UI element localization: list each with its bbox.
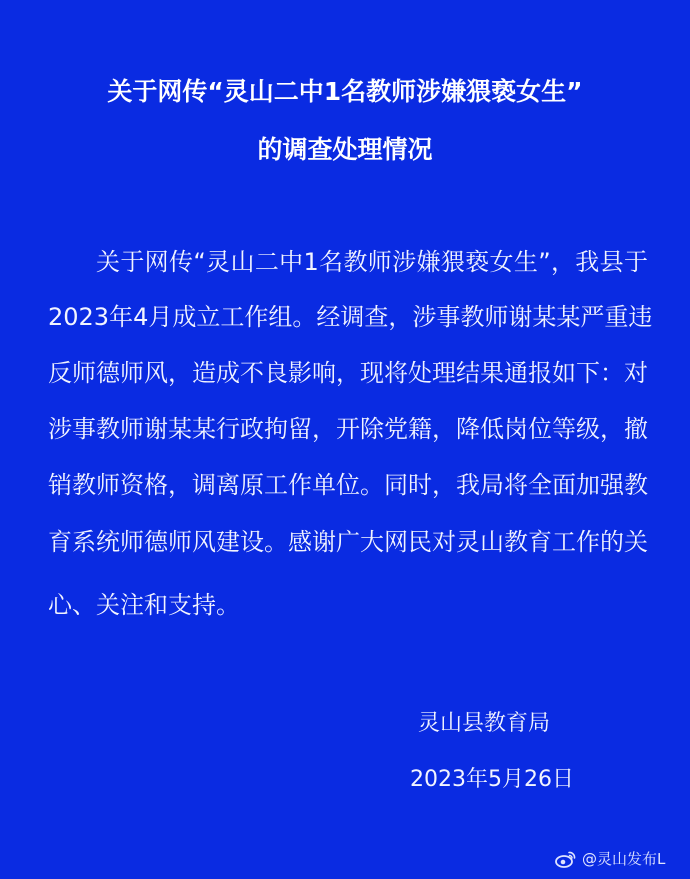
signature-date: 2023年5月26日 bbox=[410, 762, 574, 793]
weibo-icon bbox=[555, 850, 577, 868]
weibo-watermark: @灵山发布L bbox=[555, 848, 665, 869]
body-paragraph-line-4: 涉事教师谢某某行政拘留，开除党籍，降低岗位等级，撤 bbox=[48, 414, 648, 444]
body-paragraph-line-6: 育系统师德师风建设。感谢广大网民对灵山教育工作的关 bbox=[48, 527, 648, 557]
document-title-line-2: 的调查处理情况 bbox=[0, 130, 690, 166]
signature-organization: 灵山县教育局 bbox=[418, 706, 550, 737]
watermark-text: @灵山发布L bbox=[582, 848, 665, 869]
body-paragraph-line-1: 关于网传“灵山二中1名教师涉嫌猥亵女生”，我县于 bbox=[96, 247, 648, 277]
document-title-line-1: 关于网传“灵山二中1名教师涉嫌猥亵女生” bbox=[0, 72, 690, 108]
body-paragraph-line-2: 2023年4月成立工作组。经调查，涉事教师谢某某严重违 bbox=[48, 302, 648, 332]
body-paragraph-line-7: 心、关注和支持。 bbox=[48, 590, 648, 620]
body-paragraph-line-3: 反师德师风，造成不良影响，现将处理结果通报如下：对 bbox=[48, 358, 648, 388]
body-paragraph-line-5: 销教师资格，调离原工作单位。同时，我局将全面加强教 bbox=[48, 470, 648, 500]
